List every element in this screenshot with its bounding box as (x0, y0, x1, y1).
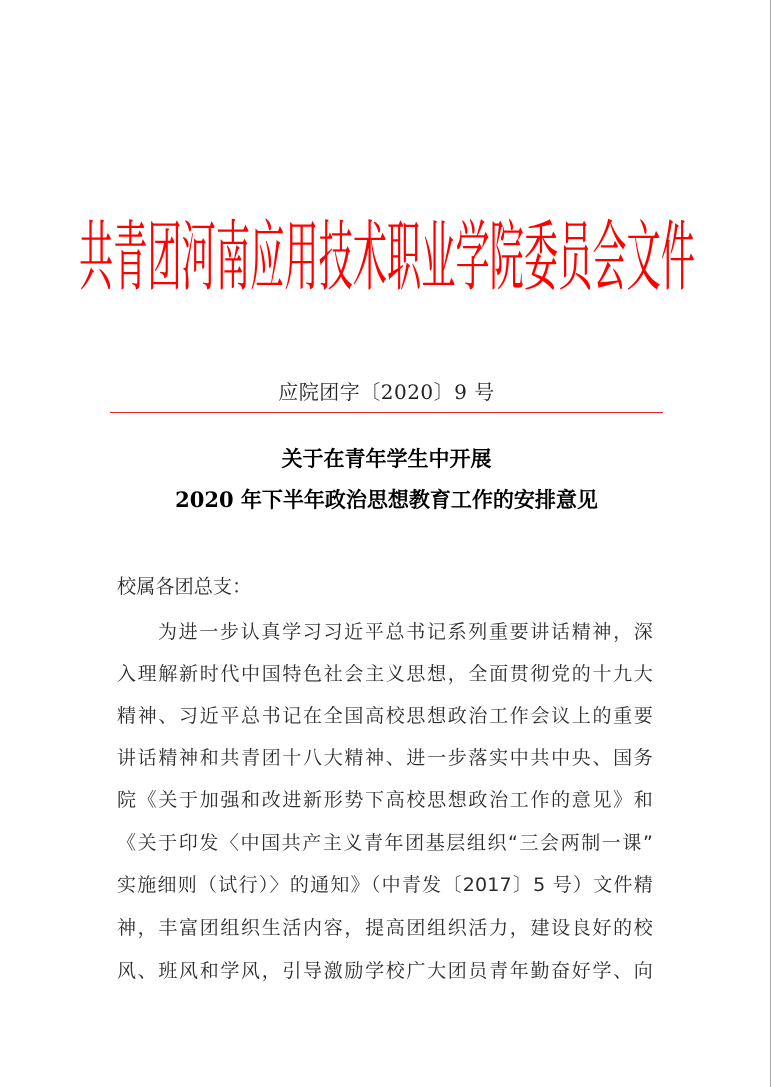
red-divider-line (110, 412, 663, 413)
body-line: 讲话精神和共青团十八大精神、进一步落实中共中央、国务 (117, 743, 653, 773)
salutation: 校属各团总支： (117, 572, 655, 602)
document-page: 共青团河南应用技术职业学院委员会文件 应院团字〔2020〕9 号 关于在青年学生… (0, 0, 771, 1087)
body-line: 院《关于加强和改进新形势下高校思想政治工作的意见》和 (117, 785, 653, 815)
body-line: 实施细则（试行）〉的通知》（中青发〔2017〕5 号）文件精 (117, 870, 653, 900)
body-line: 为进一步认真学习习近平总书记系列重要讲话精神，深 (158, 617, 653, 647)
issuer-title: 共青团河南应用技术职业学院委员会文件 (79, 198, 695, 317)
body-line: 精神、习近平总书记在全国高校思想政治工作会议上的重要 (117, 701, 653, 731)
document-title-line-2: 2020 年下半年政治思想教育工作的安排意见 (110, 485, 663, 515)
body-line: 《关于印发〈中国共产主义青年团基层组织“三会两制一课” (117, 828, 653, 858)
document-number: 应院团字〔2020〕9 号 (110, 377, 663, 407)
document-title-line-1: 关于在青年学生中开展 (110, 444, 663, 474)
body-line: 风、班风和学风，引导激励学校广大团员青年勤奋好学、向 (117, 956, 653, 986)
body-line: 神，丰富团组织生活内容，提高团组织活力，建设良好的校 (117, 913, 653, 943)
body-line: 入理解新时代中国特色社会主义思想，全面贯彻党的十九大 (117, 659, 653, 689)
red-header-issuer: 共青团河南应用技术职业学院委员会文件 (110, 212, 663, 302)
